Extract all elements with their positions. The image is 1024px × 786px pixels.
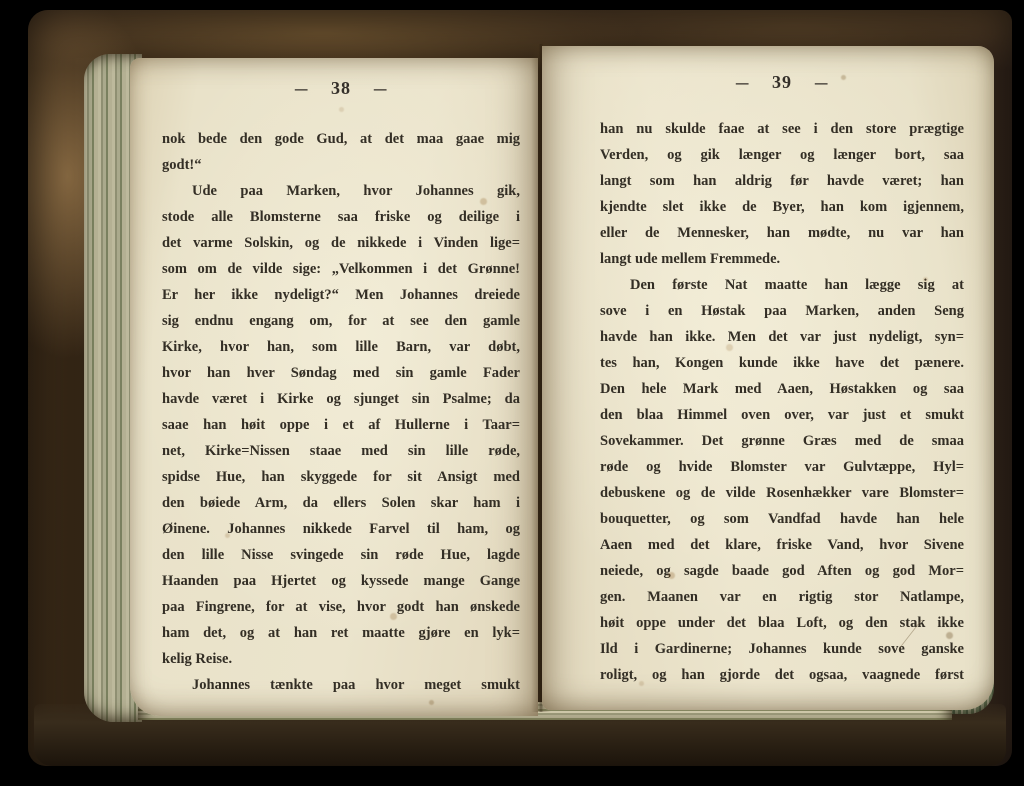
- foxing-spots-left: [130, 58, 133, 61]
- page-header-right: — 39 —: [600, 72, 964, 93]
- text-line: han nu skulde faae at see i den store pr…: [600, 116, 964, 142]
- text-line: kjendte slet ikke de Byer, han kom igjen…: [600, 194, 964, 220]
- text-line: sove i en Høstak paa Marken, anden Seng: [600, 298, 964, 324]
- book-page-left: — 38 — nok bede den gode Gud, at det maa…: [130, 58, 538, 716]
- page-number-left: 38: [331, 78, 351, 99]
- text-line: Sovekammer. Det grønne Græs med de smaa: [600, 428, 964, 454]
- text-line: stode alle Blomsterne saa friske og deil…: [162, 204, 520, 230]
- text-line: godt!“: [162, 152, 520, 178]
- text-line: saae han høit oppe i et af Hullerne i Ta…: [162, 412, 520, 438]
- text-line: langt ude mellem Fremmede.: [600, 246, 964, 272]
- text-line: paa Fingrene, for at vise, hvor godt han…: [162, 594, 520, 620]
- text-line: Den første Nat maatte han lægge sig at: [600, 272, 964, 298]
- text-line: sig endnu engang om, for at see den gaml…: [162, 308, 520, 334]
- text-line: spidse Hue, han skyggede for sit Ansigt …: [162, 464, 520, 490]
- text-line: hvor han hver Søndag med sin gamle Fader: [162, 360, 520, 386]
- text-line: den bøiede Arm, da ellers Solen skar ham…: [162, 490, 520, 516]
- text-line: Er her ikke nydeligt?“ Men Johannes drei…: [162, 282, 520, 308]
- text-line: net, Kirke=Nissen staae med sin lille rø…: [162, 438, 520, 464]
- header-dash-icon: —: [736, 72, 749, 93]
- text-line: Den hele Mark med Aaen, Høstakken og saa: [600, 376, 964, 402]
- text-line: gen. Maanen var en rigtig stor Natlampe,: [600, 584, 964, 610]
- text-line: høit oppe under det blaa Loft, og den st…: [600, 610, 964, 636]
- header-dash-icon: —: [815, 72, 828, 93]
- text-line: kelig Reise.: [162, 646, 520, 672]
- text-line: Verden, og gik længer og længer bort, sa…: [600, 142, 964, 168]
- text-line: den lille Nisse svingede sin røde Hue, l…: [162, 542, 520, 568]
- page-number-right: 39: [772, 72, 792, 93]
- text-line: Øinene. Johannes nikkede Farvel til ham,…: [162, 516, 520, 542]
- book: — 38 — nok bede den gode Gud, at det maa…: [28, 10, 1012, 766]
- text-line: roligt, og han gjorde det ogsaa, vaagned…: [600, 662, 964, 688]
- text-line: havde været i Kirke og sjunget sin Psalm…: [162, 386, 520, 412]
- book-page-right: — 39 — han nu skulde faae at see i den s…: [542, 46, 994, 710]
- text-line: Kirke, hvor han, som lille Barn, var døb…: [162, 334, 520, 360]
- page-header-left: — 38 —: [162, 78, 520, 99]
- text-line: Johannes tænkte paa hvor meget smukt: [162, 672, 520, 698]
- text-line: langt som han aldrig før havde været; ha…: [600, 168, 964, 194]
- photo-background: — 38 — nok bede den gode Gud, at det maa…: [0, 0, 1024, 786]
- text-line: Aaen med det klare, friske Vand, hvor Si…: [600, 532, 964, 558]
- text-line: den blaa Himmel oven over, var just et s…: [600, 402, 964, 428]
- text-line: ham det, og at han ret maatte gjøre en l…: [162, 620, 520, 646]
- right-page-text: han nu skulde faae at see i den store pr…: [600, 116, 964, 688]
- text-line: neiede, og sagde baade god Aften og god …: [600, 558, 964, 584]
- text-line: bouquetter, og som Vandfad havde han hel…: [600, 506, 964, 532]
- header-dash-icon: —: [295, 78, 308, 99]
- text-line: tes han, Kongen kunde ikke have det pæne…: [600, 350, 964, 376]
- text-line: Haanden paa Hjertet og kyssede mange Gan…: [162, 568, 520, 594]
- left-page-text: nok bede den gode Gud, at det maa gaae m…: [162, 126, 520, 698]
- header-dash-icon: —: [374, 78, 387, 99]
- text-line: røde og hvide Blomster var Gulvtæppe, Hy…: [600, 454, 964, 480]
- text-line: eller de Mennesker, han mødte, nu var ha…: [600, 220, 964, 246]
- text-line: det varme Solskin, og de nikkede i Vinde…: [162, 230, 520, 256]
- text-line: havde han ikke. Men det var just nydelig…: [600, 324, 964, 350]
- text-line: som om de vilde sige: „Velkommen i det G…: [162, 256, 520, 282]
- text-line: nok bede den gode Gud, at det maa gaae m…: [162, 126, 520, 152]
- foxing-spots-right: [542, 46, 545, 49]
- text-line: Ude paa Marken, hvor Johannes gik,: [162, 178, 520, 204]
- text-line: debuskene og de vilde Rosenhækker vare B…: [600, 480, 964, 506]
